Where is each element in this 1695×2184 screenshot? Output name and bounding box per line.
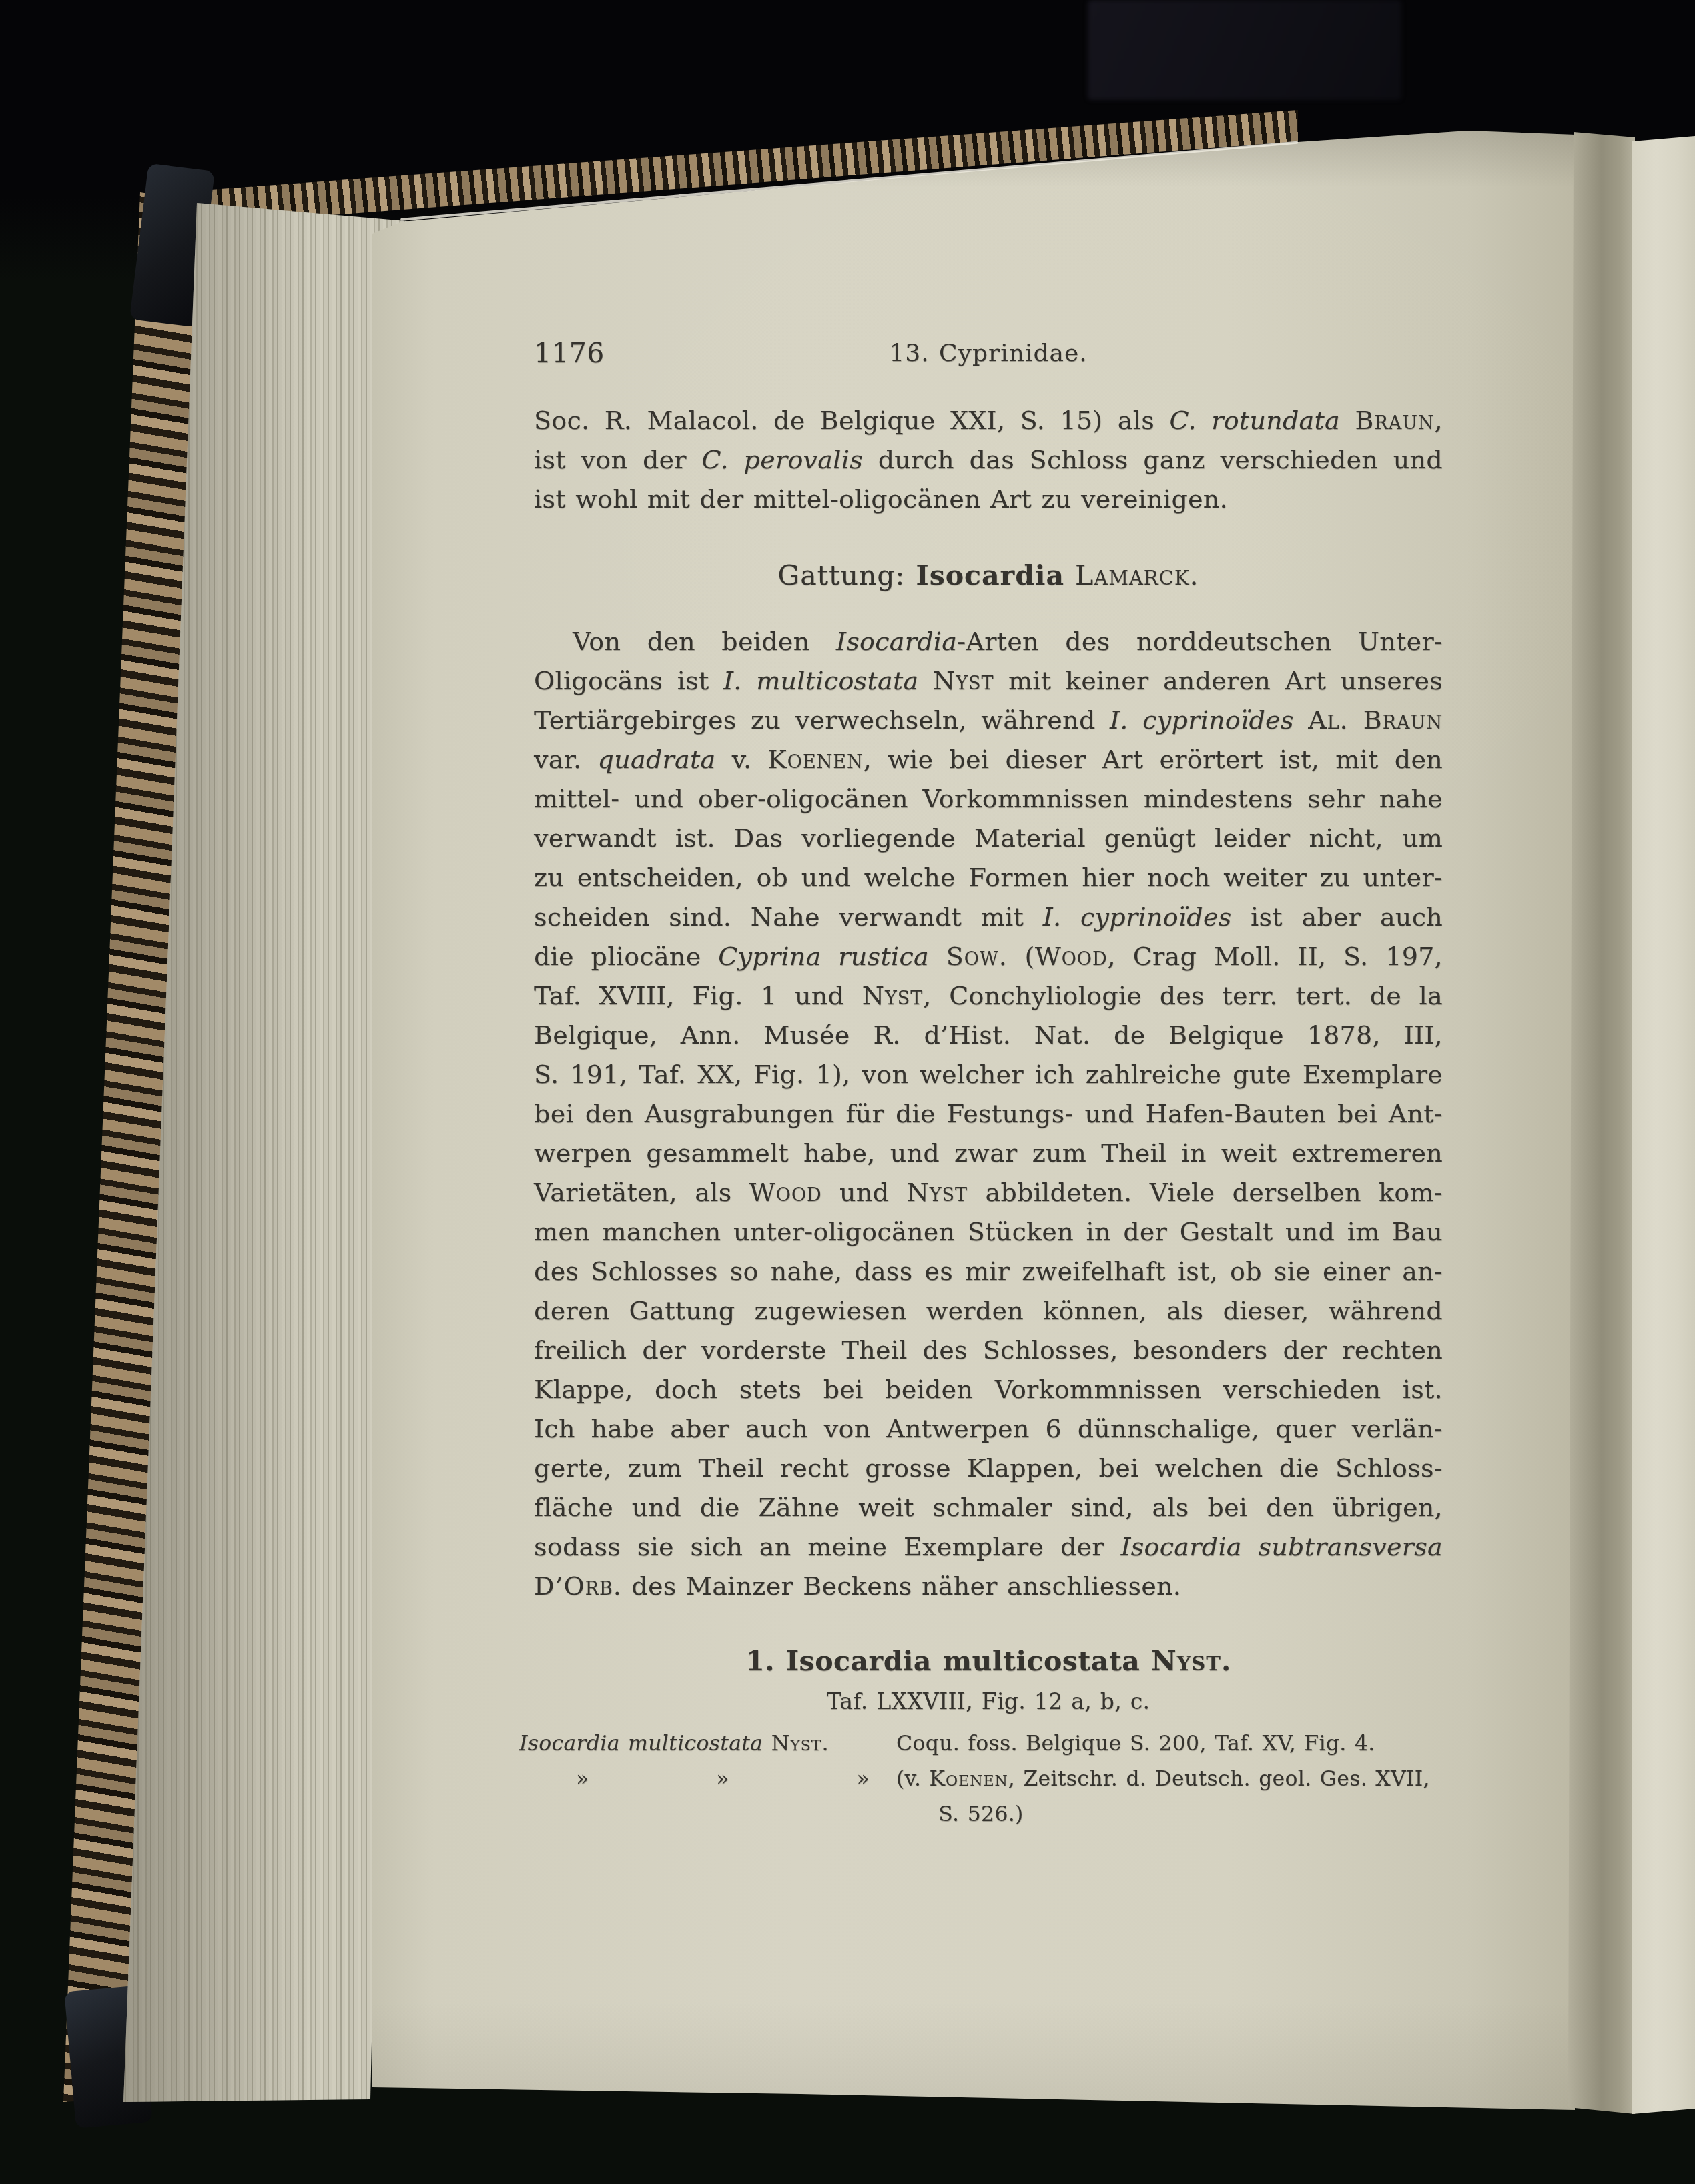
text-segment: v. xyxy=(716,745,768,774)
text-line: Ich habe aber auch von Antwerpen 6 dünns… xyxy=(534,1409,1443,1449)
text-line: Varietäten, als Wood und Nyst abbildeten… xyxy=(534,1173,1443,1212)
synonymy-citation-tail: S. 526.) xyxy=(519,1797,1443,1832)
text-segment: fläche und die Zähne weit schmaler sind,… xyxy=(534,1493,1443,1522)
text-segment: freilich der vorderste Theil des Schloss… xyxy=(534,1335,1443,1365)
synonymy-citation: Coqu. foss. Belgique S. 200, Taf. XV, Fi… xyxy=(896,1726,1443,1762)
text-segment: Belgique, Ann. Musée R. d’Hist. Nat. de … xyxy=(534,1020,1443,1050)
text-segment: die pliocäne xyxy=(534,942,718,971)
text-segment: -Arten des norddeutschen Unter- xyxy=(957,627,1443,656)
text-segment: abbildeten. Viele derselben kom- xyxy=(968,1178,1443,1207)
text-line: sodass sie sich an meine Exemplare der I… xyxy=(534,1527,1443,1567)
text-segment: Nyst xyxy=(1151,1645,1221,1677)
text-segment: Klappe, doch stets bei beiden Vorkommnis… xyxy=(534,1375,1443,1404)
text-line: Klappe, doch stets bei beiden Vorkommnis… xyxy=(534,1370,1443,1409)
text-segment: deren Gattung zugewiesen werden können, … xyxy=(534,1296,1443,1325)
text-segment: Soc. R. Malacol. de Belgique XXI, S. 15)… xyxy=(534,406,1169,435)
text-segment: des Mainzer Beckens näher anschliessen. xyxy=(622,1571,1181,1601)
text-segment: » xyxy=(856,1762,870,1797)
text-line: verwandt ist. Das vorliegende Material g… xyxy=(534,819,1443,858)
text-line: Oligocäns ist I. multicostata Nyst mit k… xyxy=(534,661,1443,701)
text-line: freilich der vorderste Theil des Schloss… xyxy=(534,1331,1443,1370)
text-segment: ist aber auch xyxy=(1232,902,1443,932)
synonymy-name: Isocardia multicostata Nyst. xyxy=(519,1726,896,1762)
text-line: men manchen unter-oligocänen Stücken in … xyxy=(534,1212,1443,1252)
text-line: var. quadrata v. Koenen, wie bei dieser … xyxy=(534,740,1443,779)
text-segment: Coqu. foss. Belgique S. 200, Taf. XV, Fi… xyxy=(896,1732,1375,1756)
page-text: 1176 13. Cyprinidae. Soc. R. Malacol. de… xyxy=(534,337,1443,1832)
text-segment: S. 191, Taf. XX, Fig. 1), von welcher ic… xyxy=(534,1060,1443,1089)
book-gutter xyxy=(1568,127,1635,2119)
text-segment: (v. xyxy=(896,1767,930,1791)
ditto-marks: »»» xyxy=(519,1762,896,1797)
text-line: bei den Ausgrabungen für die Festungs- u… xyxy=(534,1094,1443,1134)
synonymy-row: »»» (v. Koenen, Zeitschr. d. Deutsch. ge… xyxy=(519,1762,1443,1797)
species-heading: 1. Isocardia multicostata Nyst. xyxy=(534,1641,1443,1681)
facing-page-edge xyxy=(1632,129,1695,2118)
text-line: D’Orb. des Mainzer Beckens näher anschli… xyxy=(534,1567,1443,1606)
text-segment: Lamarck xyxy=(1075,559,1190,591)
text-line: deren Gattung zugewiesen werden können, … xyxy=(534,1291,1443,1331)
text-segment: ist wohl mit der mittel-oligocänen Art z… xyxy=(534,484,1228,514)
text-segment: Isocardia multicostata xyxy=(519,1732,763,1756)
text-segment: , Conchyliologie des terr. tert. de la xyxy=(923,981,1443,1010)
text-segment: Von den beiden xyxy=(573,627,836,656)
text-segment: Isocardia xyxy=(836,627,957,656)
text-line: Von den beiden Isocardia-Arten des nordd… xyxy=(534,622,1443,661)
text-line: die pliocäne Cyprina rustica Sow. (Wood,… xyxy=(534,937,1443,976)
text-segment: Tertiärgebirges zu verwechseln, während xyxy=(534,705,1110,735)
text-line: mittel- und ober-oligocänen Vorkommnisse… xyxy=(534,779,1443,819)
text-segment xyxy=(1140,1645,1151,1677)
text-segment: I. multicostata xyxy=(723,666,918,695)
text-segment: Isocardia multicostata xyxy=(786,1645,1140,1677)
text-segment xyxy=(1294,705,1309,735)
text-segment: Cyprina rustica xyxy=(718,942,929,971)
text-segment: Koenen xyxy=(767,745,863,774)
text-line: werpen gesammelt habe, und zwar zum Thei… xyxy=(534,1134,1443,1173)
plate-reference: Taf. LXXVIII, Fig. 12 a, b, c. xyxy=(534,1686,1443,1717)
text-segment: men manchen unter-oligocänen Stücken in … xyxy=(534,1217,1443,1246)
text-segment: zu entscheiden, ob und welche Formen hie… xyxy=(534,863,1443,892)
text-segment: Wood xyxy=(749,1178,822,1207)
text-line: gerte, zum Theil recht grosse Klappen, b… xyxy=(534,1449,1443,1488)
text-segment xyxy=(763,1732,771,1756)
text-line: ist von der C. perovalis durch das Schlo… xyxy=(534,440,1443,480)
text-segment: , Crag Moll. II, S. 197, xyxy=(1108,942,1443,971)
text-line: ist wohl mit der mittel-oligocänen Art z… xyxy=(534,480,1443,519)
text-segment: ist von der xyxy=(534,445,701,474)
synonymy-block: Isocardia multicostata Nyst. Coqu. foss.… xyxy=(519,1726,1443,1832)
text-segment: Braun xyxy=(1355,406,1434,435)
page-header: 1176 13. Cyprinidae. xyxy=(534,337,1443,377)
text-line: fläche und die Zähne weit schmaler sind,… xyxy=(534,1488,1443,1527)
text-line: Tertiärgebirges zu verwechseln, während … xyxy=(534,701,1443,740)
text-segment: Oligocäns ist xyxy=(534,666,723,695)
text-segment: Sow. xyxy=(946,942,1008,971)
text-segment: Nyst xyxy=(907,1178,968,1207)
text-segment: var. xyxy=(534,745,598,774)
text-segment: ( xyxy=(1008,942,1035,971)
genus-heading: Gattung: Isocardia Lamarck. xyxy=(534,555,1443,595)
text-line: Belgique, Ann. Musée R. d’Hist. Nat. de … xyxy=(534,1016,1443,1055)
text-segment: quadrata xyxy=(598,745,716,774)
text-segment: . xyxy=(1190,559,1199,591)
text-segment: I. cyprinoïdes xyxy=(1043,902,1232,932)
text-segment: , Zeitschr. d. Deutsch. geol. Ges. XVII, xyxy=(1008,1767,1430,1791)
backdrop-object-shadow xyxy=(1088,0,1401,100)
text-segment: Al. Braun xyxy=(1308,705,1443,735)
text-segment: Varietäten, als xyxy=(534,1178,749,1207)
intro-paragraph: Soc. R. Malacol. de Belgique XXI, S. 15)… xyxy=(534,401,1443,519)
running-header: 13. Cyprinidae. xyxy=(534,340,1443,367)
text-segment: verwandt ist. Das vorliegende Material g… xyxy=(534,823,1443,853)
text-line: Taf. XVIII, Fig. 1 und Nyst, Conchyliolo… xyxy=(534,976,1443,1016)
text-segment: » xyxy=(716,1762,729,1797)
text-segment: und xyxy=(822,1178,907,1207)
text-segment: C. rotundata xyxy=(1169,406,1340,435)
text-segment: Nyst xyxy=(933,666,994,695)
synonymy-row: Isocardia multicostata Nyst. Coqu. foss.… xyxy=(519,1726,1443,1762)
text-segment: D’Orb. xyxy=(534,1571,622,1601)
text-segment: mit keiner anderen Art unseres xyxy=(994,666,1443,695)
text-line: scheiden sind. Nahe verwandt mit I. cypr… xyxy=(534,897,1443,937)
text-segment: Ich habe aber auch von Antwerpen 6 dünns… xyxy=(534,1414,1443,1443)
text-segment xyxy=(929,942,946,971)
text-segment: bei den Ausgrabungen für die Festungs- u… xyxy=(534,1099,1443,1128)
text-segment: Isocardia xyxy=(916,559,1064,591)
text-segment: , xyxy=(1435,406,1443,435)
text-line: des Schlosses so nahe, dass es mir zweif… xyxy=(534,1252,1443,1291)
text-segment xyxy=(918,666,932,695)
book-scan-photo: 1176 13. Cyprinidae. Soc. R. Malacol. de… xyxy=(0,0,1695,2184)
text-segment: » xyxy=(576,1762,589,1797)
synonymy-citation: (v. Koenen, Zeitschr. d. Deutsch. geol. … xyxy=(896,1762,1443,1797)
text-segment: Wood xyxy=(1035,942,1108,971)
text-segment: gerte, zum Theil recht grosse Klappen, b… xyxy=(534,1453,1443,1483)
text-segment: . xyxy=(1221,1645,1231,1677)
text-segment: mittel- und ober-oligocänen Vorkommnisse… xyxy=(534,784,1443,813)
text-segment: des Schlosses so nahe, dass es mir zweif… xyxy=(534,1256,1443,1286)
text-segment: . xyxy=(821,1732,828,1756)
text-segment: I. cyprinoïdes xyxy=(1110,705,1294,735)
text-segment: Nyst xyxy=(862,981,924,1010)
text-segment: Nyst xyxy=(771,1732,822,1756)
text-segment: werpen gesammelt habe, und zwar zum Thei… xyxy=(534,1138,1443,1168)
main-paragraph: Von den beiden Isocardia-Arten des nordd… xyxy=(534,622,1443,1606)
text-segment: sodass sie sich an meine Exemplare der xyxy=(534,1532,1120,1561)
text-segment: Isocardia subtransversa xyxy=(1120,1532,1443,1561)
text-segment: Gattung: xyxy=(777,559,916,591)
text-line: zu entscheiden, ob und welche Formen hie… xyxy=(534,858,1443,897)
text-segment xyxy=(1340,406,1355,435)
text-segment: Taf. XVIII, Fig. 1 und xyxy=(534,981,862,1010)
text-segment: , wie bei dieser Art erörtert ist, mit d… xyxy=(864,745,1443,774)
text-segment: durch das Schloss ganz verschieden und xyxy=(863,445,1443,474)
text-segment: Koenen xyxy=(930,1767,1008,1791)
text-line: Soc. R. Malacol. de Belgique XXI, S. 15)… xyxy=(534,401,1443,440)
text-segment: C. perovalis xyxy=(701,445,863,474)
text-segment: scheiden sind. Nahe verwandt mit xyxy=(534,902,1043,932)
text-line: S. 191, Taf. XX, Fig. 1), von welcher ic… xyxy=(534,1055,1443,1094)
text-segment xyxy=(1064,559,1075,591)
text-segment: 1. xyxy=(745,1645,786,1677)
